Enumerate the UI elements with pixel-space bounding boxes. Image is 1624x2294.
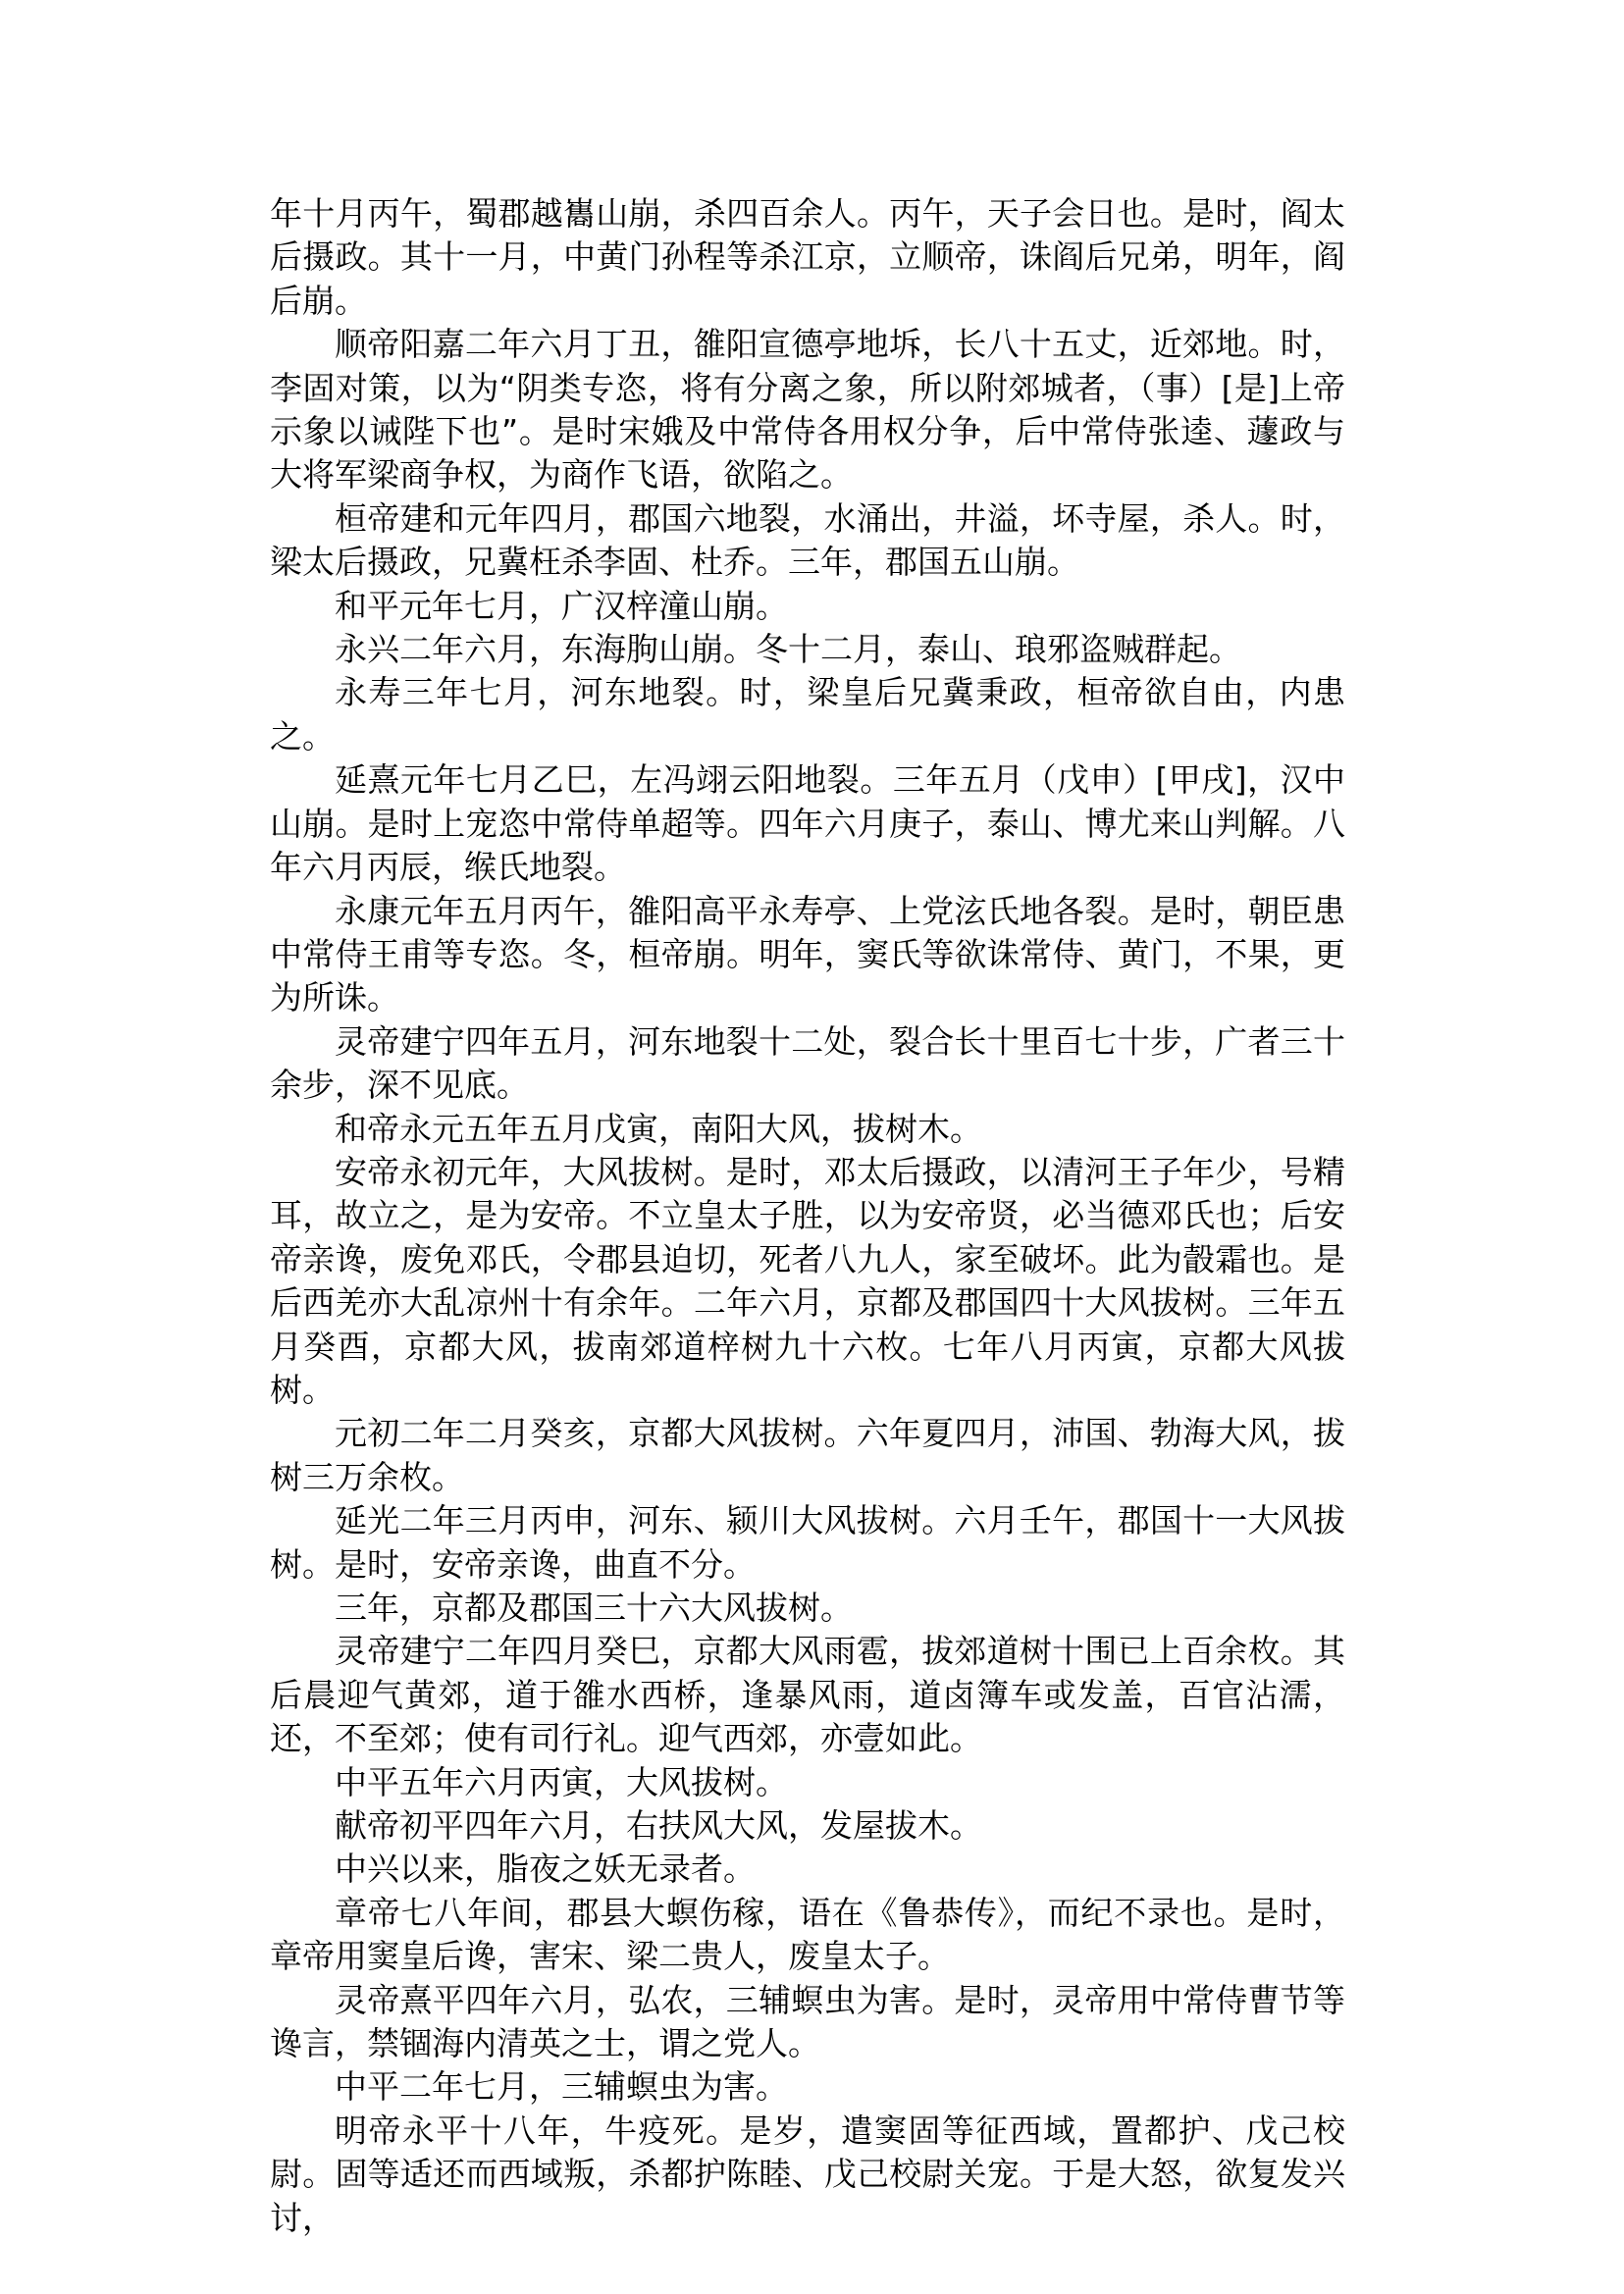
paragraph: 顺帝阳嘉二年六月丁丑，雒阳宣德亭地坼，长八十五丈，近郊地。时，李固对策，以为“阴… [270,323,1345,497]
paragraph: 安帝永初元年，大风拔树。是时，邓太后摄政，以清河王子年少，号精耳，故立之，是为安… [270,1151,1345,1412]
paragraph: 灵帝建宁四年五月，河东地裂十二处，裂合长十里百七十步，广者三十余步，深不见底。 [270,1020,1345,1108]
paragraph: 中平二年七月，三辅螟虫为害。 [270,2065,1345,2109]
paragraph: 桓帝建和元年四月，郡国六地裂，水涌出，井溢，坏寺屋，杀人。时，梁太后摄政，兄冀枉… [270,497,1345,585]
paragraph: 中平五年六月丙寅，大风拔树。 [270,1761,1345,1804]
paragraph: 延熹元年七月乙巳，左冯翊云阳地裂。三年五月（戊申）[甲戌]，汉中山崩。是时上宠恣… [270,758,1345,889]
paragraph: 灵帝建宁二年四月癸巳，京都大风雨雹，拔郊道树十围已上百余枚。其后晨迎气黄郊，道于… [270,1630,1345,1760]
paragraph: 永兴二年六月，东海朐山崩。冬十二月，泰山、琅邪盗贼群起。 [270,628,1345,671]
paragraph: 元初二年二月癸亥，京都大风拔树。六年夏四月，沛国、勃海大风，拔树三万余枚。 [270,1412,1345,1499]
paragraph: 章帝七八年间，郡县大螟伤稼，语在《鲁恭传》，而纪不录也。是时，章帝用窦皇后谗，害… [270,1892,1345,1979]
paragraph: 和平元年七月，广汉梓潼山崩。 [270,585,1345,628]
paragraph: 延光二年三月丙申，河东、颍川大风拔树。六月壬午，郡国十一大风拔树。是时，安帝亲谗… [270,1499,1345,1587]
paragraph: 灵帝熹平四年六月，弘农，三辅螟虫为害。是时，灵帝用中常侍曹节等谗言，禁锢海内清英… [270,1979,1345,2066]
paragraph: 明帝永平十八年，牛疫死。是岁，遣窦固等征西域，置都护、戊己校尉。固等适还而西域叛… [270,2110,1345,2240]
document-page: 年十月丙午，蜀郡越巂山崩，杀四百余人。丙午，天子会日也。是时，阎太后摄政。其十一… [0,0,1624,2294]
paragraph: 永康元年五月丙午，雒阳高平永寿亭、上党泫氏地各裂。是时，朝臣患中常侍王甫等专恣。… [270,890,1345,1020]
paragraph: 和帝永元五年五月戊寅，南阳大风，拔树木。 [270,1108,1345,1151]
paragraph: 献帝初平四年六月，右扶风大风，发屋拔木。 [270,1804,1345,1848]
paragraph: 中兴以来，脂夜之妖无录者。 [270,1848,1345,1891]
paragraph: 年十月丙午，蜀郡越巂山崩，杀四百余人。丙午，天子会日也。是时，阎太后摄政。其十一… [270,192,1345,323]
paragraph: 三年，京都及郡国三十六大风拔树。 [270,1587,1345,1630]
text-block: 年十月丙午，蜀郡越巂山崩，杀四百余人。丙午，天子会日也。是时，阎太后摄政。其十一… [270,192,1345,2240]
paragraph: 永寿三年七月，河东地裂。时，梁皇后兄冀秉政，桓帝欲自由，内患之。 [270,671,1345,758]
